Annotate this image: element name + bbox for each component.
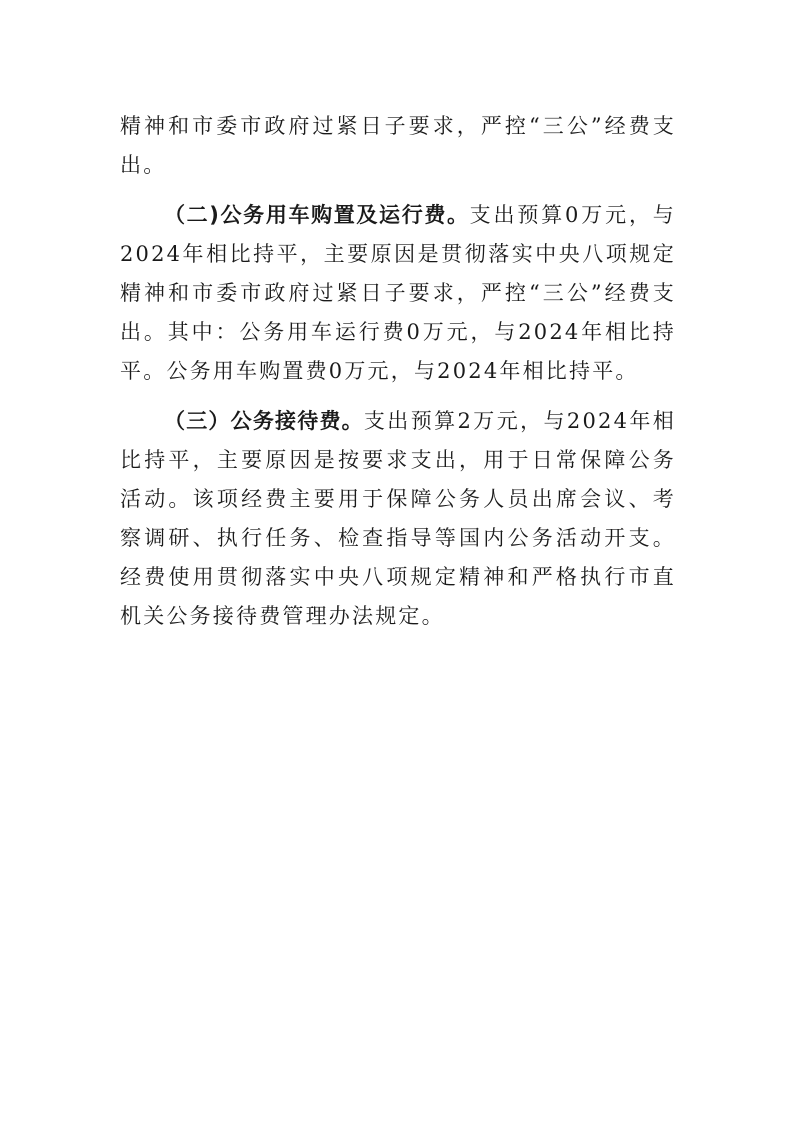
- paragraph-body: 支出预算0万元，与2024年相比持平，主要原因是贯彻落实中央八项规定精神和市委市…: [120, 203, 676, 383]
- paragraph-continuation: 精神和市委市政府过紧日子要求，严控“三公”经费支出。: [120, 107, 676, 185]
- paragraph-vehicle-expenses: （二)公务用车购置及运行费。支出预算0万元，与2024年相比持平，主要原因是贯彻…: [120, 196, 676, 391]
- paragraph-reception-expenses: （三）公务接待费。支出预算2万元，与2024年相比持平，主要原因是按要求支出，用…: [120, 402, 676, 636]
- section-heading-reception: （三）公务接待费。: [164, 409, 364, 433]
- paragraph-body: 精神和市委市政府过紧日子要求，严控“三公”经费支出。: [120, 114, 676, 177]
- section-heading-vehicle: （二)公务用车购置及运行费。: [164, 203, 470, 227]
- document-page: 精神和市委市政府过紧日子要求，严控“三公”经费支出。 （二)公务用车购置及运行费…: [120, 107, 676, 636]
- paragraph-body: 支出预算2万元，与2024年相比持平，主要原因是按要求支出，用于日常保障公务活动…: [120, 409, 676, 628]
